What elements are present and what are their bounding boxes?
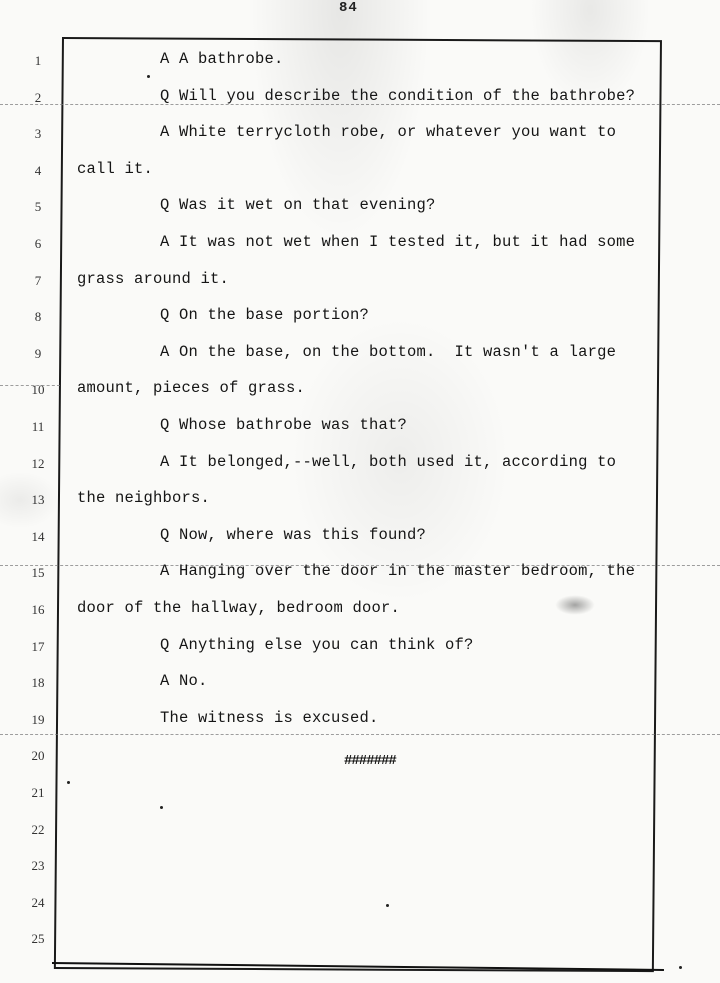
transcript-line: A White terrycloth robe, or whatever you… — [160, 123, 616, 141]
line-number: 2 — [26, 90, 50, 106]
line-number: 1 — [26, 53, 50, 69]
transcript-line: Q Now, where was this found? — [160, 526, 426, 544]
transcript-line: A Hanging over the door in the master be… — [160, 562, 635, 580]
transcript-line: A It belonged,--well, both used it, acco… — [160, 453, 616, 471]
transcript-line: Q On the base portion? — [160, 306, 369, 324]
line-number: 16 — [26, 602, 50, 618]
line-number: 19 — [26, 712, 50, 728]
line-number: 5 — [26, 199, 50, 215]
line-number: 13 — [26, 492, 50, 508]
line-number: 18 — [26, 675, 50, 691]
scan-smudge — [555, 595, 595, 615]
transcript-line: The witness is excused. — [160, 709, 379, 727]
line-number: 22 — [26, 822, 50, 838]
transcript-line: amount, pieces of grass. — [77, 379, 305, 397]
line-number: 15 — [26, 565, 50, 581]
scan-speck — [386, 904, 389, 907]
line-number: 9 — [26, 346, 50, 362]
end-of-testimony-mark: ####### — [344, 753, 396, 769]
transcript-line: A No. — [160, 672, 208, 690]
transcript-line: A On the base, on the bottom. It wasn't … — [160, 343, 616, 361]
transcript-page: 84 1234567891011121314151617181920212223… — [0, 0, 720, 983]
transcript-line: Q Was it wet on that evening? — [160, 196, 436, 214]
transcript-line: the neighbors. — [77, 489, 210, 507]
line-number: 25 — [26, 931, 50, 947]
line-number: 21 — [26, 785, 50, 801]
scan-speck — [160, 806, 163, 809]
transcript-line: Q Whose bathrobe was that? — [160, 416, 407, 434]
transcript-line: A It was not wet when I tested it, but i… — [160, 233, 635, 251]
scan-speck — [67, 781, 70, 784]
transcript-line: grass around it. — [77, 270, 229, 288]
line-number: 12 — [26, 456, 50, 472]
line-number: 7 — [26, 273, 50, 289]
line-number: 14 — [26, 529, 50, 545]
transcript-line: door of the hallway, bedroom door. — [77, 599, 400, 617]
line-number: 8 — [26, 309, 50, 325]
transcript-line: Q Anything else you can think of? — [160, 636, 474, 654]
scan-speck — [679, 966, 682, 969]
transcript-line: A A bathrobe. — [160, 50, 284, 68]
line-number: 4 — [26, 163, 50, 179]
line-number: 3 — [26, 126, 50, 142]
scan-line — [0, 734, 720, 735]
line-number: 10 — [26, 382, 50, 398]
line-number: 11 — [26, 419, 50, 435]
line-number: 20 — [26, 748, 50, 764]
line-number: 6 — [26, 236, 50, 252]
scan-speck — [147, 75, 150, 78]
line-number: 23 — [26, 858, 50, 874]
transcript-line: Q Will you describe the condition of the… — [160, 87, 635, 105]
line-number: 17 — [26, 639, 50, 655]
line-number: 24 — [26, 895, 50, 911]
transcript-line: call it. — [77, 160, 153, 178]
page-number: 84 — [339, 0, 358, 16]
